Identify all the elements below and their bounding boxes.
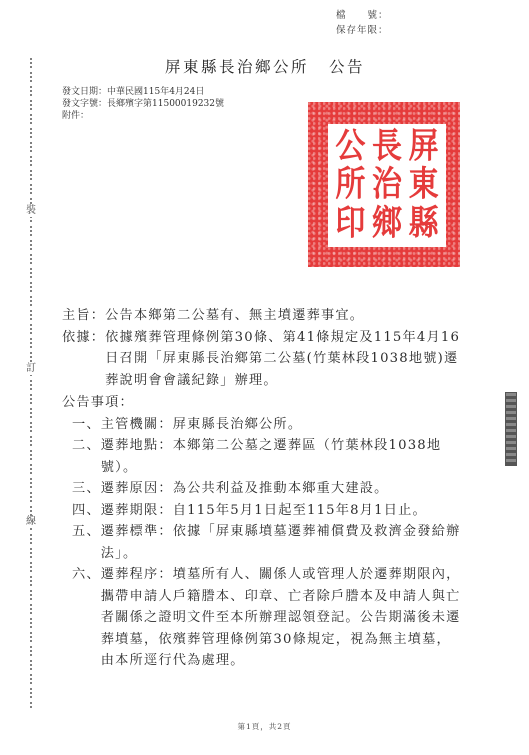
attachment-label: 附件： xyxy=(62,111,89,121)
agency-name: 屏東縣長治鄉公所 xyxy=(165,58,309,76)
issue-date-label: 發文日期： xyxy=(62,87,107,97)
doc-type: 公告 xyxy=(329,58,365,76)
seal-inner: 公 長 屏 所 治 東 印 鄉 縣 xyxy=(328,124,446,247)
item-number: 四、 xyxy=(72,500,101,522)
archive-info: 檔 號： 保存年限： xyxy=(336,8,389,38)
seal-char: 東 xyxy=(405,163,442,207)
binding-char-zhuang: 裝 xyxy=(24,205,38,217)
item-text: 遷葬原因：為公共利益及推動本鄉重大建設。 xyxy=(101,478,461,500)
item-text: 遷葬期限：自115年5月1日起至115年8月1日止。 xyxy=(101,500,461,522)
basis-label: 依據： xyxy=(62,327,105,392)
announcement-label: 公告事項： xyxy=(62,392,465,414)
document-meta: 發文日期：中華民國115年4月24日 發文字號：長鄉殯字第11500019232… xyxy=(62,86,224,122)
file-number-row: 檔 號： xyxy=(336,8,389,23)
subject-label: 主旨： xyxy=(62,305,105,327)
reference-value: 長鄉殯字第11500019232號 xyxy=(107,99,224,109)
basis-text: 依據殯葬管理條例第30條、第41條規定及115年4月16日召開「屏東縣長治鄉第二… xyxy=(105,327,465,392)
announcement-item-3: 三、 遷葬原因：為公共利益及推動本鄉重大建設。 xyxy=(62,478,465,500)
announcement-item-5: 五、 遷葬標準：依據「屏東縣墳墓遷葬補償費及救濟金發給辦法」。 xyxy=(62,521,465,564)
announcement-item-1: 一、 主管機關：屏東縣長治鄉公所。 xyxy=(62,414,465,436)
seal-char: 鄉 xyxy=(369,202,406,246)
seal-char: 治 xyxy=(369,163,406,207)
announcement-item-4: 四、 遷葬期限：自115年5月1日起至115年8月1日止。 xyxy=(62,500,465,522)
announcement-item-6: 六、 遷葬程序：墳墓所有人、關係人或管理人於遷葬期限內，攜帶申請人戶籍謄本、印章… xyxy=(62,564,465,672)
document-body: 主旨： 公告本鄉第二公墓有、無主墳遷葬事宜。 依據： 依據殯葬管理條例第30條、… xyxy=(62,305,465,672)
issue-date-row: 發文日期：中華民國115年4月24日 xyxy=(62,86,224,98)
file-number-label: 檔 號： xyxy=(336,8,389,23)
issue-date-value: 中華民國115年4月24日 xyxy=(107,87,204,97)
page-number: 第1頁，共2頁 xyxy=(0,721,529,732)
seal-char: 印 xyxy=(332,202,369,246)
attachment-row: 附件： xyxy=(62,110,224,122)
seal-char: 所 xyxy=(332,163,369,207)
reference-label: 發文字號： xyxy=(62,99,107,109)
subject-text: 公告本鄉第二公墓有、無主墳遷葬事宜。 xyxy=(105,305,465,327)
seal-char: 縣 xyxy=(405,202,442,246)
item-text: 遷葬標準：依據「屏東縣墳墓遷葬補償費及救濟金發給辦法」。 xyxy=(101,521,461,564)
page-edge-tab xyxy=(505,392,517,466)
item-text: 遷葬程序：墳墓所有人、關係人或管理人於遷葬期限內，攜帶申請人戶籍謄本、印章、亡者… xyxy=(101,564,461,672)
basis-paragraph: 依據： 依據殯葬管理條例第30條、第41條規定及115年4月16日召開「屏東縣長… xyxy=(62,327,465,392)
item-number: 三、 xyxy=(72,478,101,500)
subject-paragraph: 主旨： 公告本鄉第二公墓有、無主墳遷葬事宜。 xyxy=(62,305,465,327)
item-number: 六、 xyxy=(72,564,101,672)
retention-row: 保存年限： xyxy=(336,23,389,38)
reference-row: 發文字號：長鄉殯字第11500019232號 xyxy=(62,98,224,110)
binding-char-ding: 訂 xyxy=(24,363,38,375)
item-text: 遷葬地點：本鄉第二公墓之遷葬區（竹葉林段1038地號）。 xyxy=(101,435,461,478)
item-number: 五、 xyxy=(72,521,101,564)
binding-dotted-line xyxy=(30,58,32,708)
item-number: 二、 xyxy=(72,435,101,478)
item-text: 主管機關：屏東縣長治鄉公所。 xyxy=(101,414,461,436)
item-number: 一、 xyxy=(72,414,101,436)
page-title: 屏東縣長治鄉公所公告 xyxy=(165,55,365,77)
announcement-item-2: 二、 遷葬地點：本鄉第二公墓之遷葬區（竹葉林段1038地號）。 xyxy=(62,435,465,478)
retention-label: 保存年限： xyxy=(336,23,389,38)
binding-char-xian: 線 xyxy=(24,516,38,528)
official-seal: 公 長 屏 所 治 東 印 鄉 縣 xyxy=(308,102,460,267)
